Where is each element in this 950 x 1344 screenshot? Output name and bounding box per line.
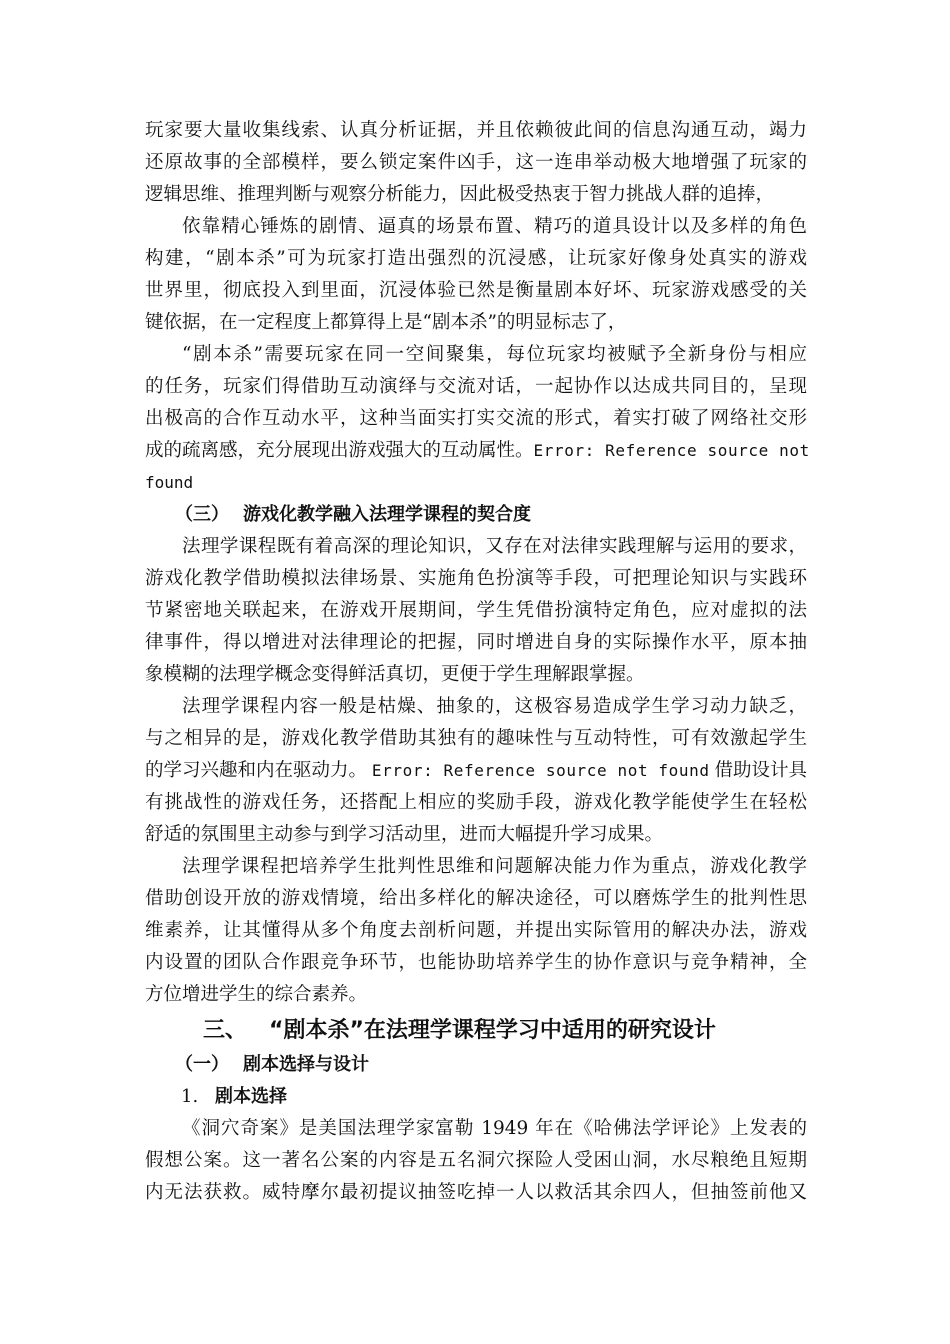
heading-title: 剧本选择 bbox=[215, 1086, 287, 1107]
heading-title: “剧本杀”在法理学课程学习中适用的研究设计 bbox=[269, 1018, 716, 1043]
reference-error-text: Error: Reference source not found bbox=[372, 755, 710, 787]
text-line: 有挑战性的游戏任务，还搭配上相应的奖励手段，游戏化教学能使学生在轻松 bbox=[145, 787, 807, 819]
text-line: 的学习兴趣和内在驱动力。 Error: Reference source not… bbox=[145, 755, 807, 787]
text-line: 出极高的合作互动水平，这种当面实打实交流的形式，着实打破了网络社交形 bbox=[145, 403, 807, 435]
heading-number: 1. bbox=[181, 1081, 215, 1113]
text-line: 的任务，玩家们得借助互动演绎与交流对话，一起协作以达成共同目的，呈现 bbox=[145, 371, 807, 403]
document-page: 玩家要大量收集线索、认真分析证据，并且依赖彼此间的信息沟通互动，竭力 还原故事的… bbox=[145, 115, 807, 1209]
text-line: 构建，“剧本杀”可为玩家打造出强烈的沉浸感，让玩家好像身处真实的游戏 bbox=[145, 243, 807, 275]
text-line: 世界里，彻底投入到里面，沉浸体验已然是衡量剧本好坏、玩家游戏感受的关 bbox=[145, 275, 807, 307]
text-line: 象模糊的法理学概念变得鲜活真切，更便于学生理解跟掌握。 bbox=[145, 659, 807, 691]
subsection-heading: 1.剧本选择 bbox=[145, 1081, 807, 1113]
heading-number: 三、 bbox=[203, 1013, 269, 1049]
text-line: 舒适的氛围里主动参与到学习活动里，进而大幅提升学习成果。 bbox=[145, 819, 807, 851]
text-line: 假想公案。这一著名公案的内容是五名洞穴探险人受困山洞，水尽粮绝且短期 bbox=[145, 1145, 807, 1177]
reference-error-text-wrap: found bbox=[145, 467, 807, 499]
text-line: 法理学课程把培养学生批判性思维和问题解决能力作为重点，游戏化教学 bbox=[145, 851, 807, 883]
text-line: 还原故事的全部模样，要么锁定案件凶手，这一连串举动极大地增强了玩家的 bbox=[145, 147, 807, 179]
paragraph-cave-case: 《洞穴奇案》是美国法理学家富勒 1949 年在《哈佛法学评论》上发表的 假想公案… bbox=[145, 1113, 807, 1209]
reference-error-text: Error: Reference source not bbox=[534, 435, 810, 467]
text-segment: 成的疏离感，充分展现出游戏强大的互动属性。 bbox=[145, 435, 534, 467]
text-line: 内设置的团队合作跟竞争环节，也能协助培养学生的协作意识与竞争精神，全 bbox=[145, 947, 807, 979]
text-line: 法理学课程内容一般是枯燥、抽象的，这极容易造成学生学习动力缺乏， bbox=[145, 691, 807, 723]
section-heading-3: （一）剧本选择与设计 bbox=[145, 1049, 807, 1081]
text-line: 借助创设开放的游戏情境，给出多样化的解决途径，可以磨炼学生的批判性思 bbox=[145, 883, 807, 915]
paragraph-theory-practice: 法理学课程既有着高深的理论知识，又存在对法律实践理解与运用的要求， 游戏化教学借… bbox=[145, 531, 807, 691]
text-segment: 借助设计具 bbox=[714, 755, 807, 787]
paragraph-critical-thinking: 法理学课程把培养学生批判性思维和问题解决能力作为重点，游戏化教学 借助创设开放的… bbox=[145, 851, 807, 1011]
heading-title: 剧本选择与设计 bbox=[243, 1054, 369, 1075]
paragraph-motivation: 法理学课程内容一般是枯燥、抽象的，这极容易造成学生学习动力缺乏， 与之相异的是，… bbox=[145, 691, 807, 851]
text-line: 法理学课程既有着高深的理论知识，又存在对法律实践理解与运用的要求， bbox=[145, 531, 807, 563]
heading-number: （三） bbox=[175, 499, 243, 531]
text-line: 律事件，得以增进对法律理论的把握，同时增进自身的实际操作水平，原本抽 bbox=[145, 627, 807, 659]
text-segment: 的学习兴趣和内在驱动力。 bbox=[145, 755, 367, 787]
chapter-heading: 三、“剧本杀”在法理学课程学习中适用的研究设计 bbox=[145, 1013, 807, 1049]
text-line: 内无法获救。威特摩尔最初提议抽签吃掉一人以救活其余四人，但抽签前他又 bbox=[145, 1177, 807, 1209]
text-line: 逻辑思维、推理判断与观察分析能力，因此极受热衷于智力挑战人群的追捧， bbox=[145, 179, 807, 211]
text-line: 游戏化教学借助模拟法律场景、实施角色扮演等手段，可把理论知识与实践环 bbox=[145, 563, 807, 595]
heading-title: 游戏化教学融入法理学课程的契合度 bbox=[243, 504, 531, 525]
heading-number: （一） bbox=[175, 1049, 243, 1081]
text-line: “剧本杀”需要玩家在同一空间聚集，每位玩家均被赋予全新身份与相应 bbox=[145, 339, 807, 371]
text-line: 《洞穴奇案》是美国法理学家富勒 1949 年在《哈佛法学评论》上发表的 bbox=[145, 1113, 807, 1145]
text-line: 与之相异的是，游戏化教学借助其独有的趣味性与互动特性，可有效激起学生 bbox=[145, 723, 807, 755]
text-line: 依靠精心锤炼的剧情、逼真的场景布置、精巧的道具设计以及多样的角色 bbox=[145, 211, 807, 243]
paragraph-player-reasoning: 玩家要大量收集线索、认真分析证据，并且依赖彼此间的信息沟通互动，竭力 还原故事的… bbox=[145, 115, 807, 211]
text-line: 维素养，让其懂得从多个角度去剖析问题，并提出实际管用的解决办法，游戏 bbox=[145, 915, 807, 947]
text-line: 节紧密地关联起来，在游戏开展期间，学生凭借扮演特定角色，应对虚拟的法 bbox=[145, 595, 807, 627]
section-heading-3: （三）游戏化教学融入法理学课程的契合度 bbox=[145, 499, 807, 531]
paragraph-immersion: 依靠精心锤炼的剧情、逼真的场景布置、精巧的道具设计以及多样的角色 构建，“剧本杀… bbox=[145, 211, 807, 339]
text-line: 键依据，在一定程度上都算得上是“剧本杀”的明显标志了， bbox=[145, 307, 807, 339]
text-line: 方位增进学生的综合素养。 bbox=[145, 979, 807, 1011]
paragraph-interaction: “剧本杀”需要玩家在同一空间聚集，每位玩家均被赋予全新身份与相应 的任务，玩家们… bbox=[145, 339, 807, 499]
text-line: 玩家要大量收集线索、认真分析证据，并且依赖彼此间的信息沟通互动，竭力 bbox=[145, 115, 807, 147]
text-line: 成的疏离感，充分展现出游戏强大的互动属性。 Error: Reference s… bbox=[145, 435, 807, 467]
